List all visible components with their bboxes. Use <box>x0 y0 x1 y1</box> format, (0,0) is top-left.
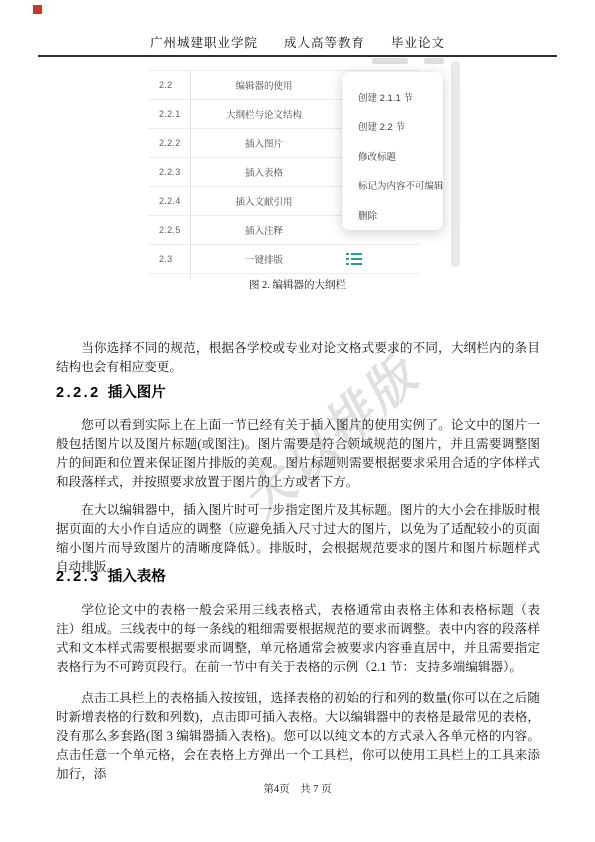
figure-caption: 图 2. 编辑器的大纲栏 <box>0 277 595 292</box>
outline-row-number: 2.2.5 <box>148 225 190 235</box>
menu-item-delete: 删除 <box>358 200 443 230</box>
column-divider <box>190 71 191 279</box>
menu-item-rename: 修改标题 <box>358 141 443 171</box>
outline-row-title: 一键排版 <box>190 252 338 266</box>
context-menu: 创建 2.1.1 节 创建 2.2 节 修改标题 标记为内容不可编辑 删除 <box>342 72 443 230</box>
paragraph-outline-note: 当你选择不同的规范，根据各学校或专业对论文格式要求的不同，大纲栏内的条目结构也会… <box>56 339 540 377</box>
cropped-ui-fragment <box>372 58 408 64</box>
outline-row: 2.3 一键排版 <box>148 245 420 274</box>
outline-row-number: 2.2 <box>148 80 190 90</box>
figure-outline-screenshot: 2.2 编辑器的使用 2.2.1 大纲栏与论文结构 2.2.2 插入图片 2.2… <box>148 58 464 270</box>
outline-row-title: 插入文献引用 <box>190 194 338 208</box>
red-marker <box>33 5 42 14</box>
header-rule <box>38 55 557 57</box>
paragraph-image-usage: 您可以看到实际上在上面一节已经有关于插入图片的使用实例了。论文中的图片一般包括图… <box>56 416 540 493</box>
outline-row-title: 插入图片 <box>190 136 338 150</box>
header-program: 成人高等教育 <box>284 33 365 51</box>
section-number: 2.2.2 <box>56 385 101 401</box>
menu-item-create-22: 创建 2.2 节 <box>358 112 443 142</box>
outline-row-number: 2.2.2 <box>148 138 190 148</box>
paragraph-table-format: 学位论文中的表格一般会采用三线表格式，表格通常由表格主体和表格标题（表注）组成。… <box>56 601 540 678</box>
cropped-ui-fragment <box>424 58 444 64</box>
section-title: 插入表格 <box>108 569 166 585</box>
section-heading-insert-table: 2.2.3插入表格 <box>56 565 166 586</box>
menu-item-mark-readonly: 标记为内容不可编辑 <box>358 171 443 201</box>
outline-row-number: 2.2.4 <box>148 196 190 206</box>
page-header: 广州城建职业学院 成人高等教育 毕业论文 <box>0 33 595 51</box>
outline-row-number: 2.3 <box>148 254 190 264</box>
menu-item-create-211: 创建 2.1.1 节 <box>358 82 443 112</box>
document-page: 广州城建职业学院 成人高等教育 毕业论文 2.2 编辑器的使用 2.2.1 大纲… <box>0 0 595 842</box>
header-institution: 广州城建职业学院 <box>150 33 258 51</box>
outline-row-title: 插入表格 <box>190 165 338 179</box>
section-number: 2.2.3 <box>56 569 101 585</box>
list-icon <box>346 253 362 266</box>
section-title: 插入图片 <box>108 385 166 401</box>
outline-row-title: 插入注释 <box>190 223 338 237</box>
outline-row-title: 大纲栏与论文结构 <box>190 107 338 121</box>
section-heading-insert-image: 2.2.2插入图片 <box>56 381 166 402</box>
scrollbar <box>451 61 460 267</box>
outline-row-number: 2.2.3 <box>148 167 190 177</box>
outline-row-title: 编辑器的使用 <box>190 78 338 92</box>
paragraph-table-insert: 点击工具栏上的表格插入按按钮，选择表格的初始的行和列的数量(你可以在之后随时新增… <box>56 689 540 785</box>
outline-row-number: 2.2.1 <box>148 109 190 119</box>
header-doc-type: 毕业论文 <box>391 33 445 51</box>
